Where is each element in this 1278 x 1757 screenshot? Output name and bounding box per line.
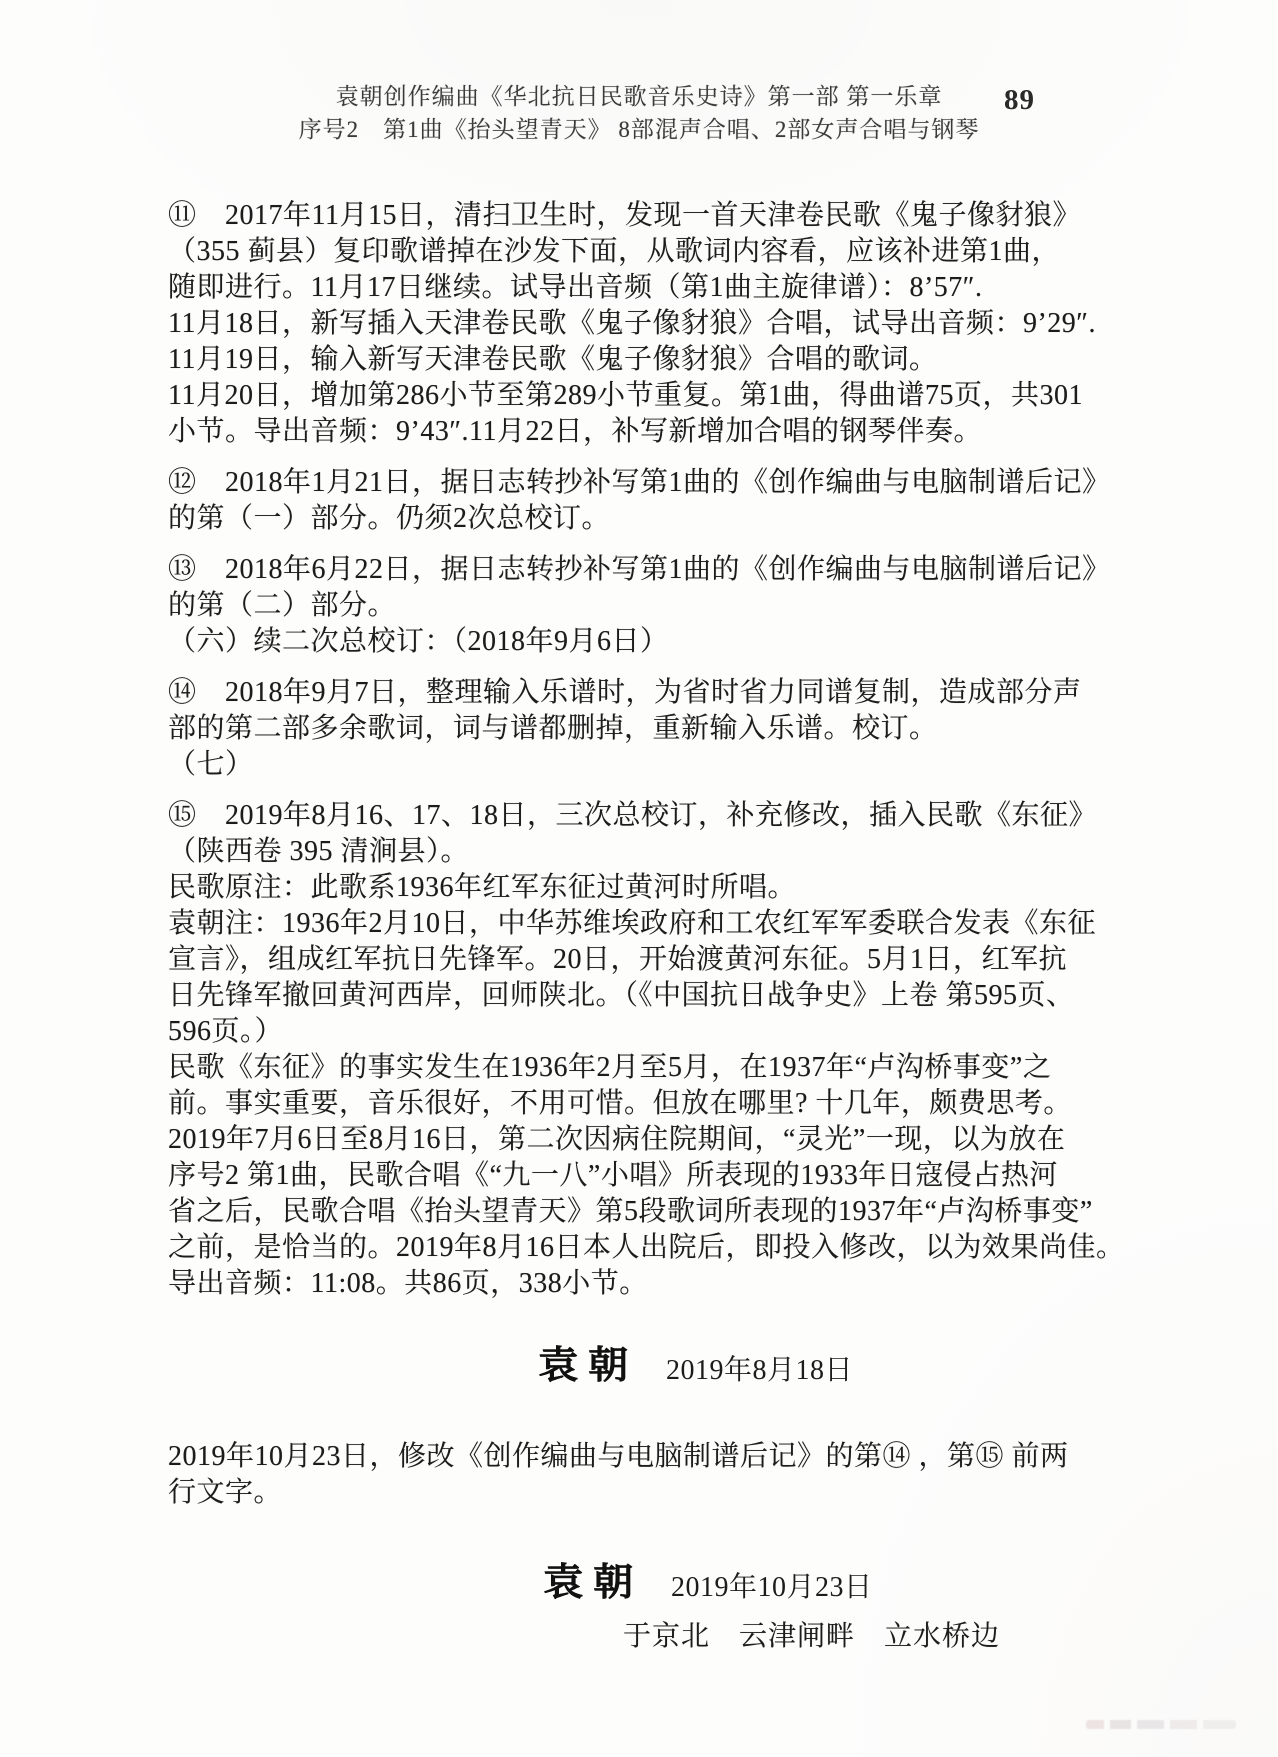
paragraph-item-11: ⑪ 2017年11月15日，清扫卫生时，发现一首天津卷民歌《鬼子像豺狼》 （35… (168, 198, 1133, 450)
closing-paragraph: 2019年10月23日，修改《创作编曲与电脑制谱后记》的第⑭ ，第⑮ 前两 行文… (168, 1439, 1133, 1511)
signature-date-1: 2019年8月18日 (666, 1348, 853, 1388)
signature-date-2: 2019年10月23日 (671, 1565, 873, 1605)
signature-block-2: 袁朝 2019年10月23日 (543, 1551, 1133, 1608)
paragraph-item-13: ⑬ 2018年6月22日，据日志转抄补写第1曲的《创作编曲与电脑制谱后记》 的第… (168, 552, 1133, 660)
scan-watermark-smudge (1086, 1720, 1236, 1729)
paragraph-item-12: ⑫ 2018年1月21日，据日志转抄补写第1曲的《创作编曲与电脑制谱后记》 的第… (168, 465, 1133, 537)
paragraph-item-15: ⑮ 2019年8月16、17、18日，三次总校订，补充修改，插入民歌《东征》 （… (168, 798, 1133, 1302)
signature-block-1: 袁朝 2019年8月18日 (538, 1334, 1133, 1391)
header-title-line1: 袁朝创作编曲《华北抗日民歌音乐史诗》第一部 第一乐章 (0, 80, 1278, 113)
page-number: 89 (1004, 84, 1035, 117)
document-page: 89 袁朝创作编曲《华北抗日民歌音乐史诗》第一部 第一乐章 序号2 第1曲《抬头… (0, 0, 1278, 1757)
page-header: 袁朝创作编曲《华北抗日民歌音乐史诗》第一部 第一乐章 序号2 第1曲《抬头望青天… (0, 0, 1278, 146)
header-title-line2: 序号2 第1曲《抬头望青天》 8部混声合唱、2部女声合唱与钢琴 (0, 113, 1278, 146)
paragraph-item-14: ⑭ 2018年9月7日，整理输入乐谱时，为省时省力同谱复制，造成部分声 部的第二… (168, 675, 1133, 783)
signature-name-1: 袁朝 (538, 1335, 638, 1389)
signature-name-2: 袁朝 (543, 1552, 643, 1606)
document-body: ⑪ 2017年11月15日，清扫卫生时，发现一首天津卷民歌《鬼子像豺狼》 （35… (168, 198, 1133, 1654)
signature-place-line: 于京北 云津闸畔 立水桥边 (623, 1614, 1133, 1654)
